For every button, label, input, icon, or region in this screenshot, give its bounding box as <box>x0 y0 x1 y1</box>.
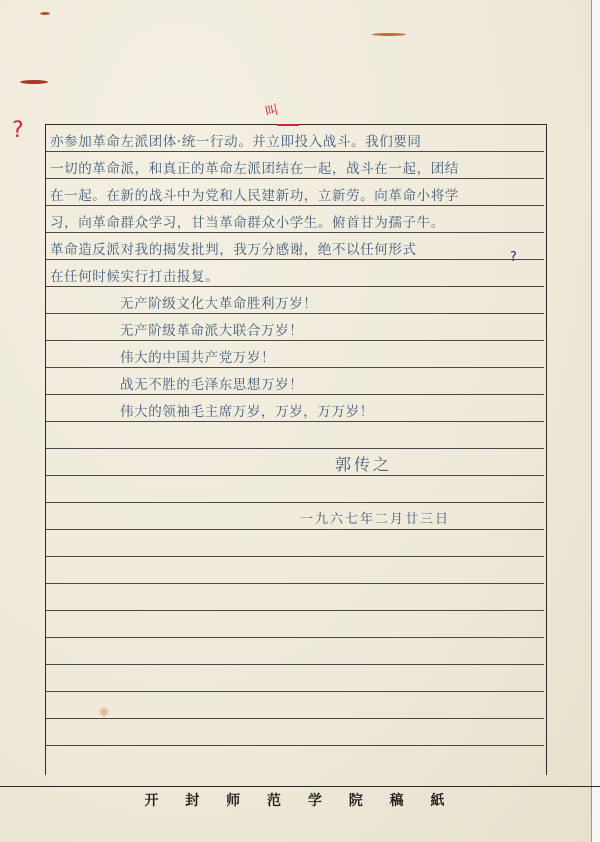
ruled-line <box>46 286 544 287</box>
body-line: 在一起。在新的战斗中为党和人民建新功，立新劳。向革命小将学 <box>50 184 542 204</box>
ruled-line <box>46 691 544 692</box>
ruled-line <box>46 637 544 638</box>
body-line: 亦参加革命左派团体·统一行动。并立即投入战斗。我们要同 <box>50 130 542 150</box>
slogan-line: 伟大的领袖毛主席万岁，万岁，万万岁！ <box>120 400 540 420</box>
slogan-line: 战无不胜的毛泽东思想万岁！ <box>120 373 540 393</box>
ruled-line <box>46 367 544 368</box>
inline-question-mark-icon: ? <box>510 250 517 265</box>
ruled-line <box>46 421 544 422</box>
ruled-line <box>46 448 544 449</box>
ruled-line <box>46 718 544 719</box>
body-line: 革命造反派对我的揭发批判，我万分感谢，绝不以任何形式 <box>50 238 542 258</box>
ruled-line <box>46 232 544 233</box>
ruled-line <box>46 151 544 152</box>
scan-edge <box>591 0 600 842</box>
date-line: 一九六七年二月廿三日 <box>300 508 600 527</box>
signature: 郭传之 <box>335 452 600 475</box>
ruled-line <box>46 394 544 395</box>
stain <box>372 33 406 36</box>
body-line: 在任何时候实行打击报复。 <box>50 265 542 285</box>
body-line: 习，向革命群众学习，甘当革命群众小学生。俯首甘为孺子牛。 <box>50 211 542 231</box>
ruled-line <box>46 178 544 179</box>
form-frame-bottom <box>0 786 600 787</box>
slogan-line: 伟大的中国共产党万岁！ <box>120 346 540 366</box>
ruled-line <box>46 556 544 557</box>
ruled-line <box>46 340 544 341</box>
ruled-line <box>46 475 544 476</box>
form-footer-title: 开 封 师 范 学 院 稿 紙 <box>0 790 600 810</box>
red-underline <box>277 124 299 126</box>
ruled-line <box>46 610 544 611</box>
slogan-line: 无产阶级文化大革命胜利万岁！ <box>120 292 540 312</box>
ruled-line <box>46 745 544 746</box>
ruled-line <box>46 205 544 206</box>
ruled-line <box>46 664 544 665</box>
ruled-line <box>46 502 544 503</box>
ruled-line <box>46 313 544 314</box>
body-line: 一切的革命派，和真正的革命左派团结在一起，战斗在一起，团结 <box>50 157 542 177</box>
stain <box>40 12 50 15</box>
ruled-line <box>46 529 544 530</box>
margin-question-mark-icon: ? <box>12 118 24 143</box>
slogan-line: 无产阶级革命派大联合万岁！ <box>120 319 540 339</box>
ruled-line <box>46 583 544 584</box>
stain <box>20 80 48 84</box>
ruled-line <box>46 259 544 260</box>
